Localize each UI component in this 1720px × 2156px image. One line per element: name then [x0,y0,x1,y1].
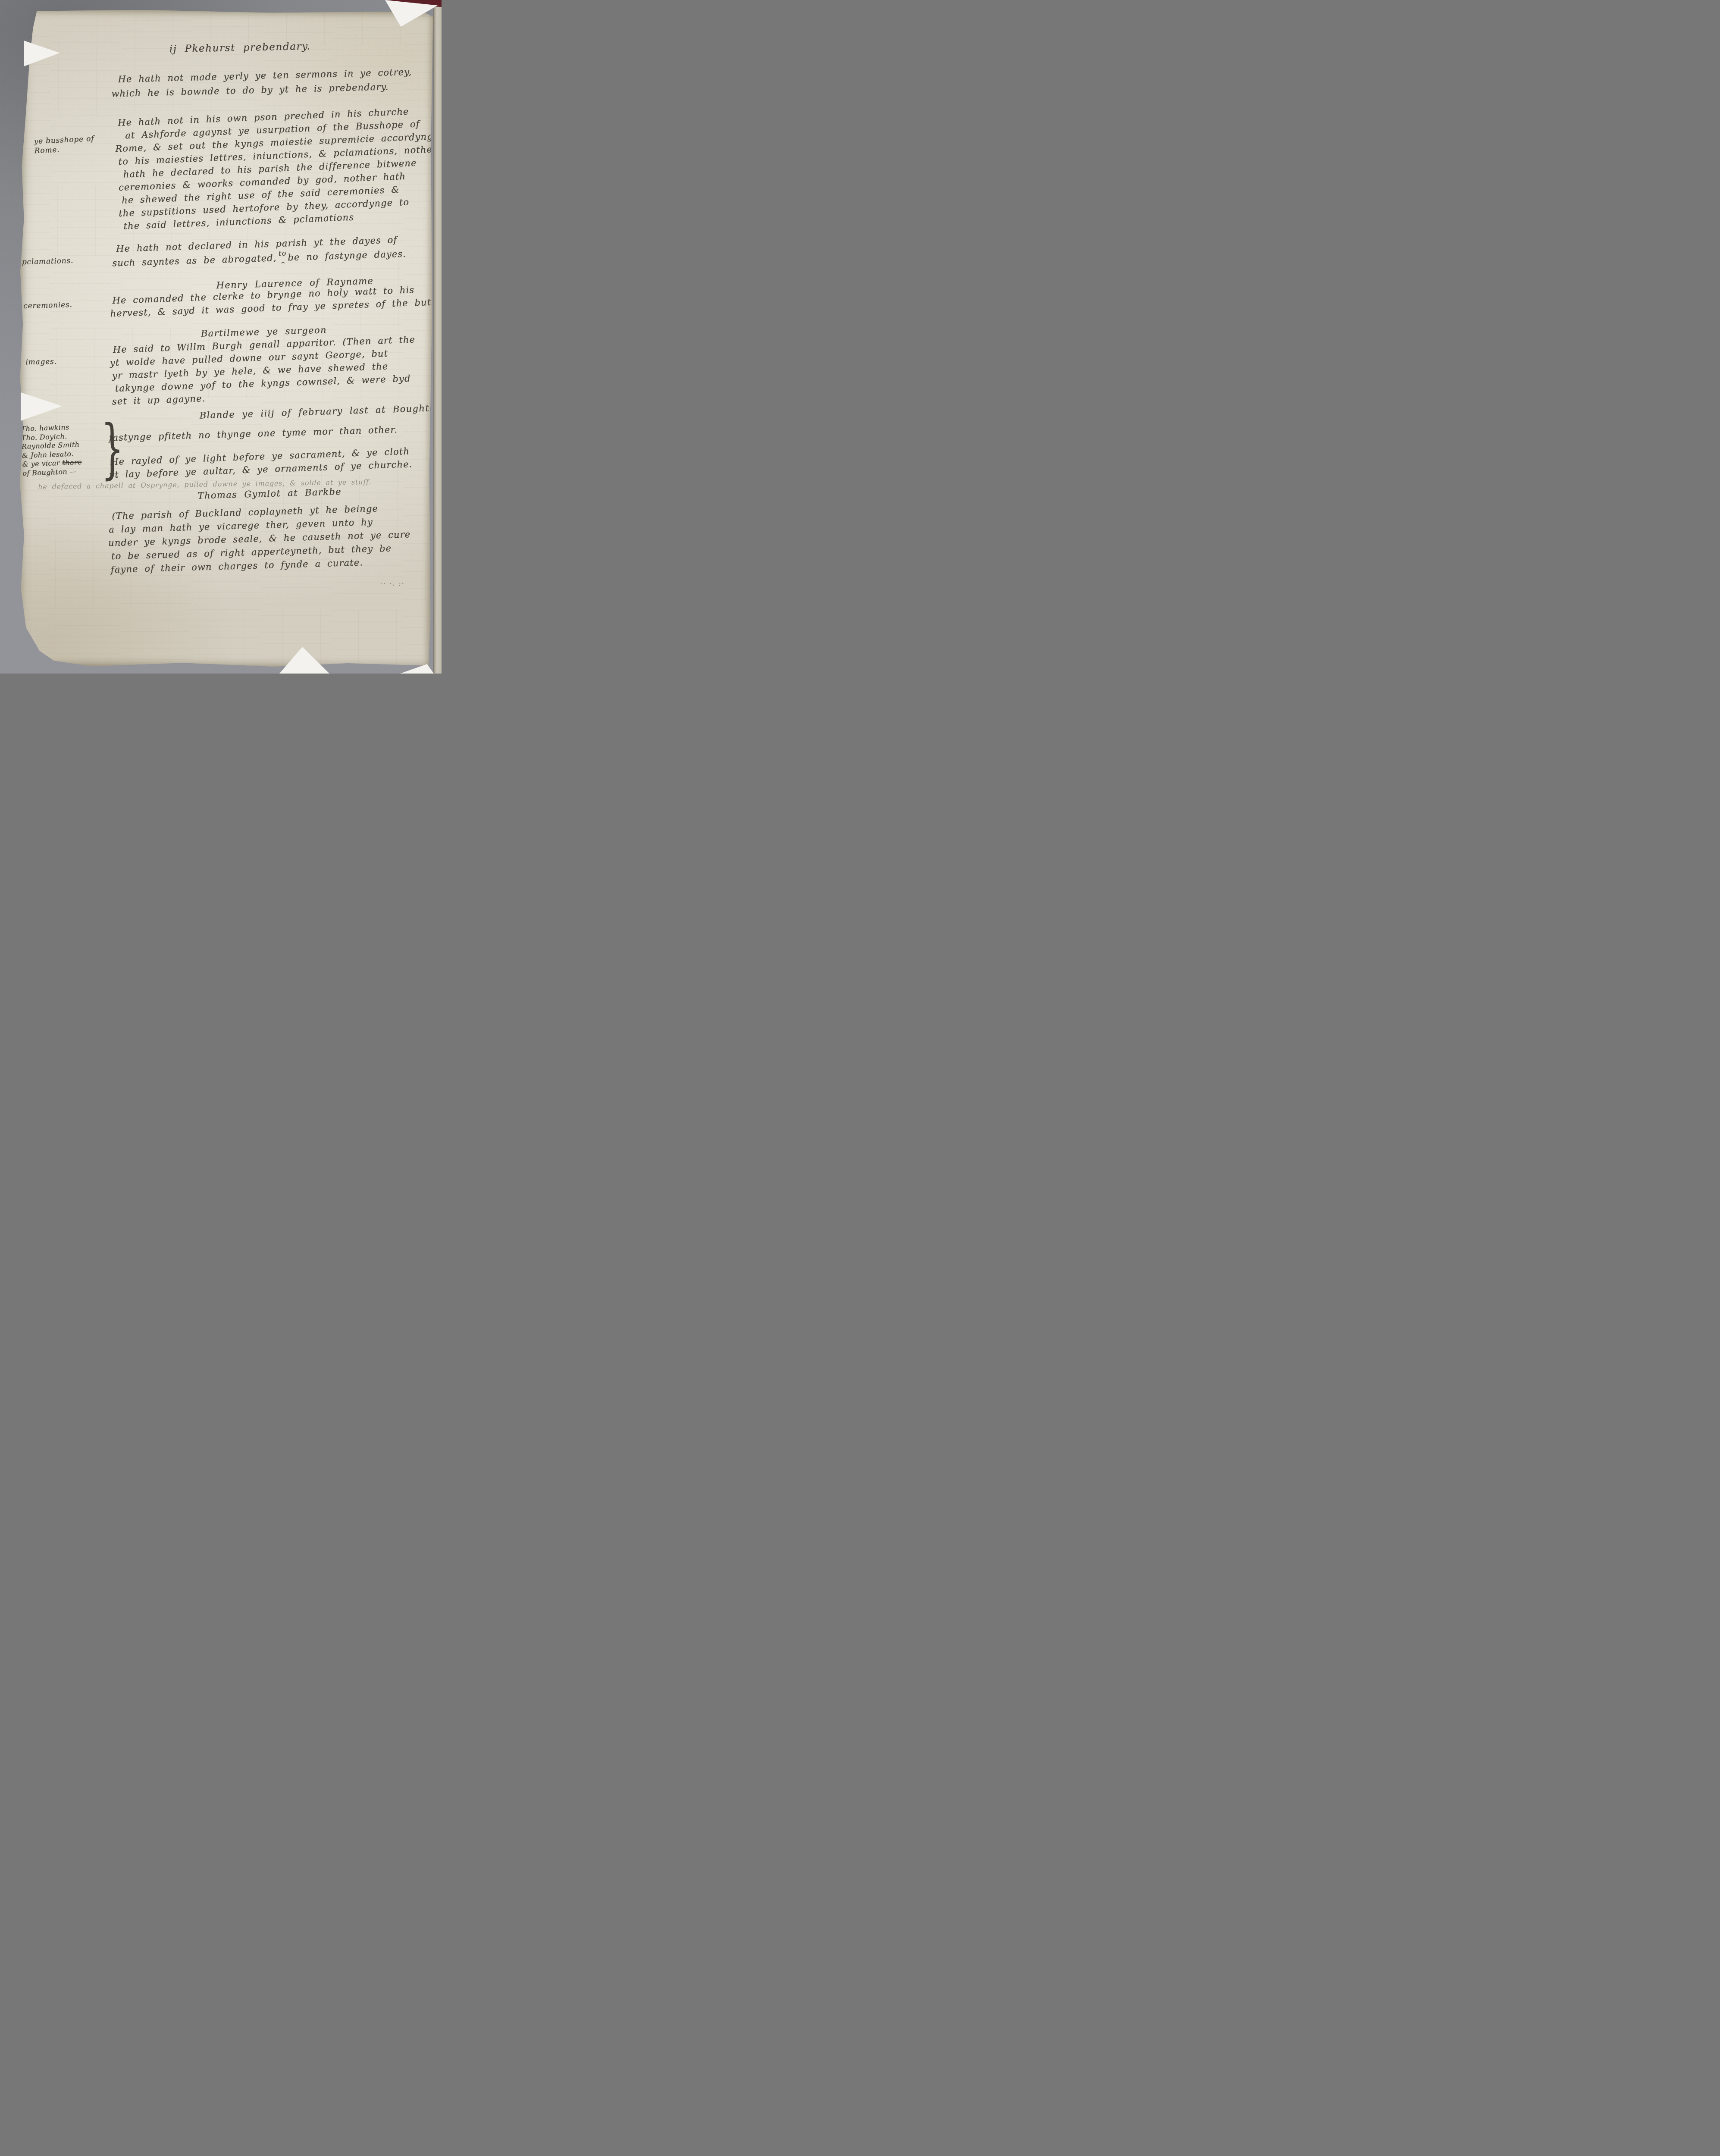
paragraph-2: He hath not in his own pson preched in h… [112,104,442,233]
line-segment: & ye vicar [22,459,62,468]
margin-note-proclamations: pclamations. [22,256,73,267]
heading-thomas-gymlot: Thomas Gymlot at Barkbe [197,486,341,501]
paragraph-6: He rayled of ye light before ye sacramen… [109,445,413,481]
margin-note-images: images. [25,357,57,367]
paragraph-1: He hath not made yerly ye ten sermons in… [111,65,412,101]
paragraph-3: He hath not declared in his parish yt th… [112,232,407,270]
margin-witness-list: Tho. hawkins Tho. Doyich. Raynolde Smith… [21,423,82,478]
interlinear-insertion: to^ [276,256,288,261]
manuscript-page: ij Pkehurst prebendary. He hath not made… [17,8,435,670]
margin-note-ceremonies: ceremonies. [23,300,72,311]
photographed-manuscript-scene: ij Pkehurst prebendary. He hath not made… [0,0,442,674]
paragraph-4: He comanded the clerke to brynge no holy… [110,282,435,320]
margin-note-bishop-of-rome: ye busshope of Rome. [34,134,94,156]
struck-word: thore [62,458,82,467]
heading-blande-february: Blande ye iiij of february last at Bough… [199,402,442,420]
line-segment: be no fastynge dayes. [288,248,406,263]
paragraph-5: He said to Willm Burgh genall apparitor.… [109,333,417,408]
adjacent-page-edge [433,0,442,674]
stray-ink-marks: ·· ·. :· [380,580,405,587]
page-title: ij Pkehurst prebendary. [169,41,311,55]
fasting-statement-line: fastynge pfiteth no thynge one tyme mor … [109,423,398,444]
caret-mark: ^ [280,257,286,271]
paragraph-7: (The parish of Buckland coplayneth yt he… [107,501,412,577]
mount-corner-bottom-right [400,664,434,674]
line-segment: such sayntes as be abrogated, [112,253,277,268]
